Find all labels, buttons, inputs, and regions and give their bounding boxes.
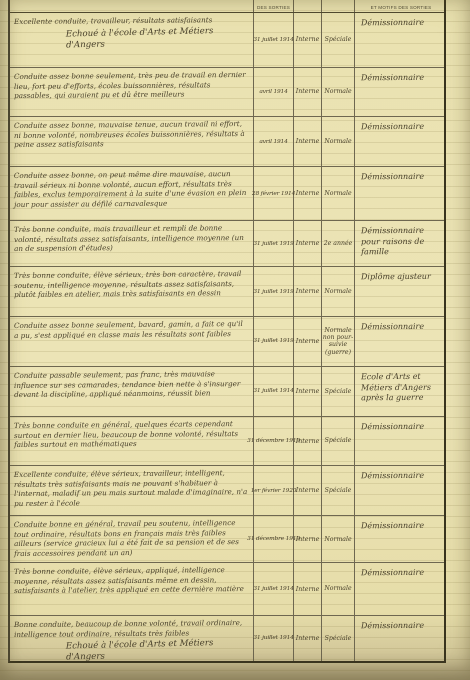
remark-cell: Conduite passable seulement, pas franc, … [10, 367, 254, 416]
classe-cell: Spéciale [322, 367, 355, 416]
header-remarks [10, 0, 254, 12]
regime-cell: Interne [294, 267, 322, 316]
classe-cell: Normale [322, 516, 355, 562]
motif-cell: Démissionnaire [355, 466, 444, 515]
remark-text: Conduite passable seulement, pas franc, … [14, 369, 249, 400]
motif-cell: Démissionnaire [355, 563, 444, 615]
classe-cell: Spéciale [322, 417, 355, 466]
motif-cell: Démissionnaire pour raisons de famille [355, 221, 444, 266]
header-motifs: ET MOTIFS DES SORTIES [355, 0, 444, 12]
header-row: DES SORTIES ET MOTIFS DES SORTIES [10, 0, 444, 13]
motif-cell: Démissionnaire [355, 516, 444, 562]
remark-cell: Très bonne conduite, mais travailleur et… [10, 221, 254, 266]
note-text: Echoué à l'école d'Arts et Métiers d'Ang… [14, 25, 249, 52]
classe-cell: Spéciale [322, 616, 355, 661]
classe-cell: Spéciale [322, 13, 355, 67]
classe-cell: Normale [322, 167, 355, 220]
motif-cell: Démissionnaire [355, 167, 444, 220]
header-date: DES SORTIES [254, 0, 294, 12]
remark-text: Excellente conduite, élève sérieux, trav… [14, 468, 249, 508]
regime-cell: Interne [294, 367, 322, 416]
classe-cell: Normale [322, 563, 355, 615]
motif-cell: Diplôme ajusteur [355, 267, 444, 316]
regime-cell: Interne [294, 417, 322, 466]
table-row: Bonne conduite, beaucoup de bonne volont… [10, 616, 444, 661]
motif-cell: Démissionnaire [355, 117, 444, 167]
remark-cell: Très bonne conduite, élève sérieux, appl… [10, 563, 254, 615]
date-cell: 31 juillet 1914 [254, 13, 294, 67]
motif-cell: Démissionnaire [355, 616, 444, 661]
classe-cell: Normale [322, 68, 355, 116]
remark-cell: Conduite bonne en général, travail peu s… [10, 516, 254, 562]
date-cell: avril 1914 [254, 117, 294, 167]
date-cell: avril 1914 [254, 68, 294, 116]
motif-cell: Ecole d'Arts et Métiers d'Angers après l… [355, 367, 444, 416]
table-row: Conduite bonne en général, travail peu s… [10, 516, 444, 563]
date-cell: 31 juillet 1914 [254, 367, 294, 416]
date-cell: 31 juillet 1919 [254, 221, 294, 266]
motif-cell: Démissionnaire [355, 68, 444, 116]
table-row: Conduite assez bonne, on peut même dire … [10, 167, 444, 221]
remark-text: Conduite assez bonne, on peut même dire … [14, 169, 249, 209]
motif-cell: Démissionnaire [355, 317, 444, 366]
table-row: Conduite assez bonne seulement, très peu… [10, 68, 444, 117]
remark-text: Conduite assez bonne seulement, bavard, … [14, 319, 249, 340]
remark-cell: Conduite assez bonne, on peut même dire … [10, 167, 254, 220]
table-row: Très bonne conduite, élève sérieux, appl… [10, 563, 444, 616]
motif-cell: Démissionnaire [355, 13, 444, 67]
remark-cell: Très bonne conduite en général, quelques… [10, 417, 254, 466]
remark-text: Bonne conduite, beaucoup de bonne volont… [14, 618, 249, 639]
date-cell: 31 décembre 1919 [254, 417, 294, 466]
table-row: Excellente conduite, élève sérieux, trav… [10, 466, 444, 516]
header-regime [294, 0, 322, 12]
register-page: DES SORTIES ET MOTIFS DES SORTIES Excell… [0, 0, 470, 680]
table-row: Conduite passable seulement, pas franc, … [10, 367, 444, 417]
remark-text: Très bonne conduite, élève sérieux, appl… [14, 565, 249, 596]
remark-cell: Très bonne conduite, élève sérieux, très… [10, 267, 254, 316]
date-cell: 31 juillet 1914 [254, 563, 294, 615]
remark-text: Très bonne conduite en général, quelques… [14, 419, 249, 450]
date-cell: 1er février 1920 [254, 466, 294, 515]
regime-cell: Interne [294, 13, 322, 67]
regime-cell: Interne [294, 317, 322, 366]
remark-cell: Conduite assez bonne seulement, très peu… [10, 68, 254, 116]
register-table: DES SORTIES ET MOTIFS DES SORTIES Excell… [8, 0, 446, 663]
remark-text: Très bonne conduite, mais travailleur et… [14, 223, 249, 254]
remark-cell: Bonne conduite, beaucoup de bonne volont… [10, 616, 254, 661]
table-row: Excellente conduite, travailleur, résult… [10, 13, 444, 68]
remark-text: Conduite assez bonne, mauvaise tenue, au… [14, 119, 249, 150]
classe-cell: Normale [322, 117, 355, 167]
regime-cell: Interne [294, 516, 322, 562]
remark-cell: Excellente conduite, travailleur, résult… [10, 13, 254, 67]
remark-cell: Conduite assez bonne, mauvaise tenue, au… [10, 117, 254, 167]
table-row: Très bonne conduite, élève sérieux, très… [10, 267, 444, 317]
date-cell: 28 février 1914 [254, 167, 294, 220]
header-classe [322, 0, 355, 12]
regime-cell: Interne [294, 117, 322, 167]
note-text: Echoué à l'école d'Arts et Métiers d'Ang… [14, 637, 249, 664]
remark-cell: Conduite assez bonne seulement, bavard, … [10, 317, 254, 366]
table-row: Conduite assez bonne, mauvaise tenue, au… [10, 117, 444, 168]
table-row: Conduite assez bonne seulement, bavard, … [10, 317, 444, 367]
table-row: Très bonne conduite en général, quelques… [10, 417, 444, 467]
regime-cell: Interne [294, 167, 322, 220]
remark-text: Conduite bonne en général, travail peu s… [14, 518, 249, 558]
table-row: Très bonne conduite, mais travailleur et… [10, 221, 444, 267]
remark-text: Très bonne conduite, élève sérieux, très… [14, 269, 249, 300]
motif-cell: Démissionnaire [355, 417, 444, 466]
regime-cell: Interne [294, 221, 322, 266]
remark-text: Excellente conduite, travailleur, résult… [14, 15, 249, 27]
classe-cell: Normale [322, 267, 355, 316]
classe-cell: 2e année [322, 221, 355, 266]
remark-text: Conduite assez bonne seulement, très peu… [14, 70, 249, 101]
classe-cell: Normale non pour- suivie (guerre) [322, 317, 355, 366]
regime-cell: Interne [294, 68, 322, 116]
remark-cell: Excellente conduite, élève sérieux, trav… [10, 466, 254, 515]
date-cell: 31 juillet 1919 [254, 317, 294, 366]
date-cell: 31 juillet 1919 [254, 267, 294, 316]
regime-cell: Interne [294, 563, 322, 615]
date-cell: 31 juillet 1914 [254, 616, 294, 661]
classe-cell: Spéciale [322, 466, 355, 515]
regime-cell: Interne [294, 466, 322, 515]
regime-cell: Interne [294, 616, 322, 661]
date-cell: 31 décembre 1919 [254, 516, 294, 562]
